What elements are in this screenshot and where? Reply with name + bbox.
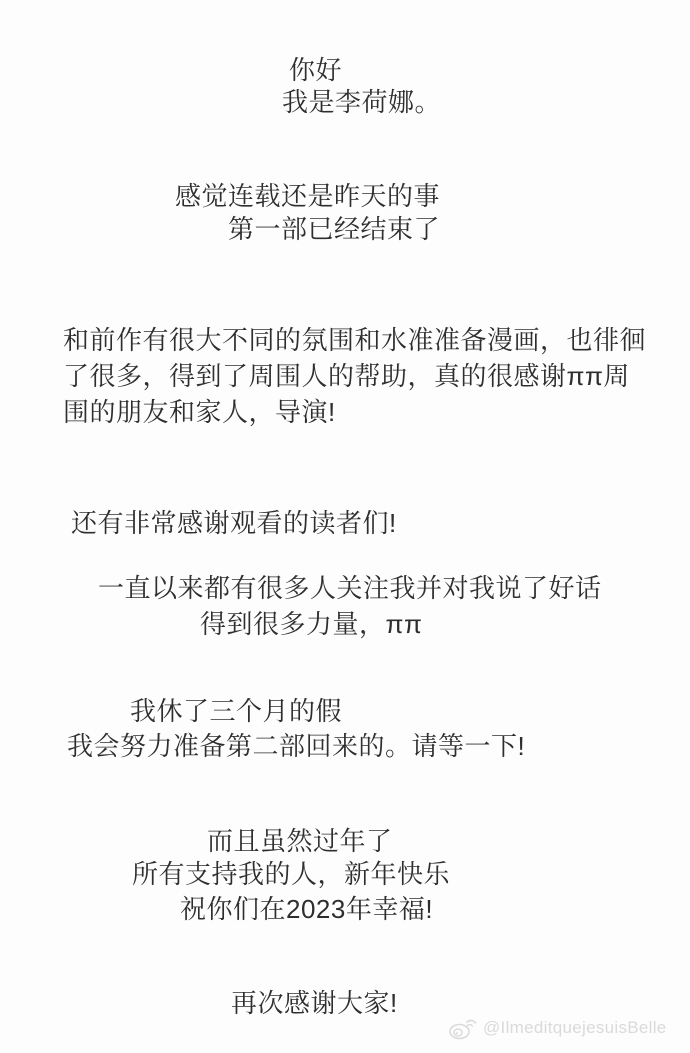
watermark-handle: @IlmeditquejesuisBelle xyxy=(483,1018,667,1038)
preparation-line-2: 了很多，得到了周围人的帮助，真的很感谢ππ周 xyxy=(63,361,630,391)
thanks-readers-line: 还有非常感谢观看的读者们! xyxy=(71,508,397,538)
watermark: @IlmeditquejesuisBelle xyxy=(448,1015,667,1041)
author-note-page: 你好 我是李荷娜。 感觉连载还是昨天的事 第一部已经结束了 和前作有很大不同的氛… xyxy=(0,0,690,1053)
closing-line: 再次感谢大家! xyxy=(231,988,398,1018)
support-line-1: 一直以来都有很多人关注我并对我说了好话 xyxy=(98,573,602,603)
preparation-line-1: 和前作有很大不同的氛围和水准准备漫画，也徘徊 xyxy=(63,325,646,355)
new-year-line-3: 祝你们在2023年幸福! xyxy=(180,894,433,924)
greeting-line-1: 你好 xyxy=(289,55,342,85)
hiatus-line-1: 我休了三个月的假 xyxy=(130,696,342,726)
new-year-line-2: 所有支持我的人，新年快乐 xyxy=(132,859,450,889)
new-year-line-1: 而且虽然过年了 xyxy=(207,826,393,856)
hiatus-line-2: 我会努力准备第二部回来的。请等一下! xyxy=(67,731,525,761)
greeting-line-2: 我是李荷娜。 xyxy=(282,87,441,117)
support-line-2: 得到很多力量，ππ xyxy=(200,609,422,639)
serial-end-line-1: 感觉连载还是昨天的事 xyxy=(175,181,440,211)
weibo-logo-icon xyxy=(448,1015,478,1041)
serial-end-line-2: 第一部已经结束了 xyxy=(228,214,440,244)
preparation-line-3: 围的朋友和家人，导演! xyxy=(63,397,336,427)
